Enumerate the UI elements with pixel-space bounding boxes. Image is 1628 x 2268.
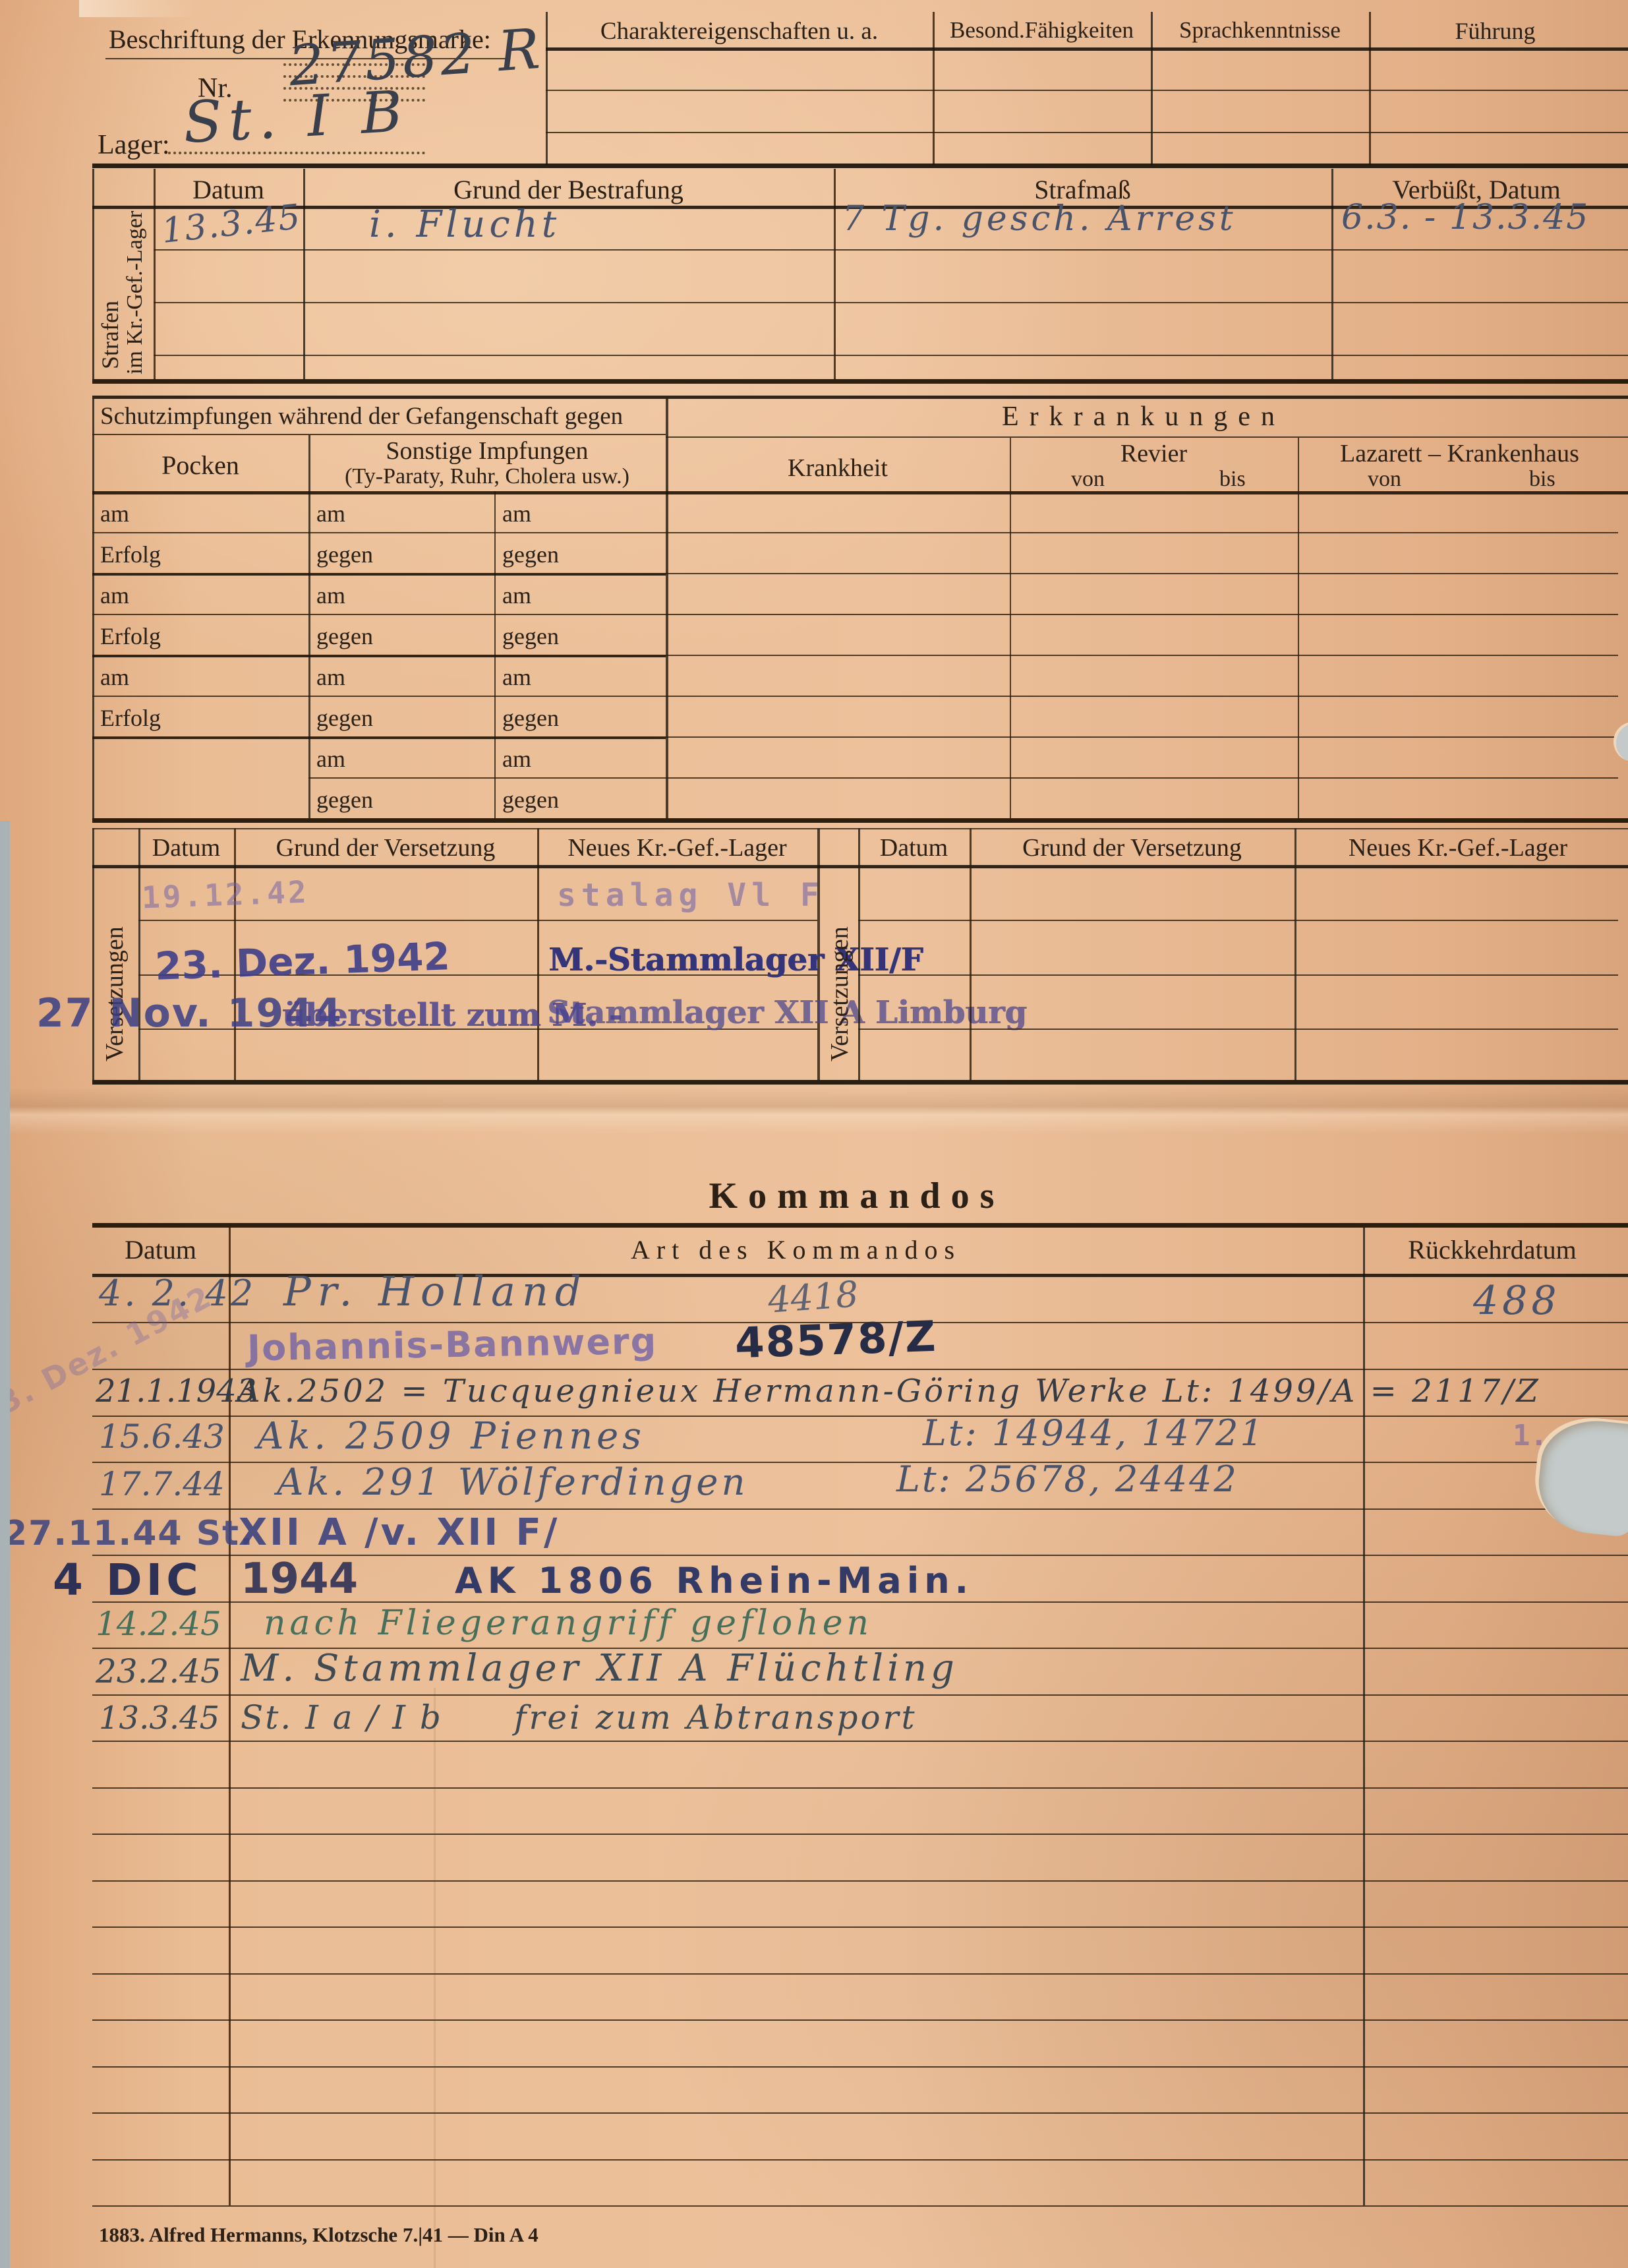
am-label: am: [316, 500, 345, 527]
h-art-des-kommandos: Art des Kommandos: [229, 1234, 1363, 1265]
strafe-mass: 7 Tg. gesch. Arrest: [842, 199, 1236, 239]
rule: [92, 736, 666, 739]
am-label: am: [502, 582, 531, 609]
rule: [666, 736, 1618, 738]
kommando-stamp: AK 1806 Rhein-Main.: [455, 1560, 974, 1601]
erkrankungen-title: Erkrankungen: [666, 401, 1621, 433]
rule: [92, 2205, 1628, 2207]
kommando-art: Pr. Holland: [283, 1267, 588, 1315]
kommando-art: frei zum Abtransport: [514, 1698, 917, 1737]
versetzung-datum-stamp: 19.12.42: [141, 874, 309, 916]
torn-nick: [1613, 722, 1628, 761]
impf-title: Schutzimpfungen während der Gefangenscha…: [100, 402, 623, 431]
h-rueckkehrdatum: Rückkehrdatum: [1363, 1234, 1621, 1265]
divider: [229, 1223, 231, 2205]
gegen-label: gegen: [502, 541, 559, 568]
kommando-art: St. I a / I b: [241, 1698, 443, 1737]
kommando-lt: Lt: 14944, 14721: [923, 1412, 1265, 1454]
rule: [666, 777, 1618, 779]
versetzung-lager-stamp: M.-Stammlager XII/F: [548, 941, 923, 978]
gegen-label: gegen: [316, 704, 373, 732]
lazarett-header: Lazarett – Krankenhaus: [1298, 439, 1621, 468]
am-label: am: [502, 663, 531, 691]
rule: [92, 1741, 1628, 1742]
corner-wrinkle: [79, 0, 198, 17]
rule: [666, 436, 1628, 438]
kommando-datum: 15.6.43: [99, 1417, 225, 1456]
gegen-label: gegen: [502, 786, 559, 814]
am-label: am: [100, 663, 129, 691]
kommando-art: Ak. 291 Wölferdingen: [277, 1461, 749, 1504]
gegen-label: gegen: [316, 541, 373, 568]
revier-header: Revier: [1010, 439, 1298, 468]
kommando-art: M. Stammlager XII A Flüchtling: [241, 1647, 958, 1690]
section-rule: [92, 379, 1628, 384]
strafe-verbuesst: 6.3. - 13.3.45: [1341, 198, 1589, 237]
col-faehigkeiten: Besond.Fähigkeiten: [933, 17, 1151, 44]
rule: [92, 434, 666, 435]
kommando-art: Ak.2502 = Tucquegnieux Hermann-Göring We…: [237, 1373, 1541, 1410]
erfolg-label: Erfolg: [100, 541, 161, 568]
rule: [92, 2019, 1628, 2021]
rule: [92, 1834, 1628, 1835]
kommando-datum: 17.7.44: [99, 1465, 225, 1503]
divider: [1363, 1223, 1365, 2205]
h-datum: Datum: [858, 833, 970, 862]
rule: [546, 90, 1628, 91]
border: [92, 169, 94, 379]
rule: [666, 614, 1618, 615]
divider: [970, 828, 972, 1080]
gegen-label: gegen: [316, 622, 373, 650]
versetzung-datum-stamp: 23. Dez. 1942: [154, 934, 451, 989]
h-datum: Datum: [92, 1234, 229, 1265]
rule: [154, 302, 1628, 303]
rule: [858, 974, 1618, 976]
am-label: am: [316, 745, 345, 773]
rule: [154, 249, 1628, 251]
rule: [92, 614, 666, 615]
am-label: am: [316, 663, 345, 691]
am-label: am: [316, 582, 345, 609]
kommando-nr-stamp: 48578/Z: [734, 1313, 938, 1369]
kommando-datum: 13.3.45: [99, 1700, 219, 1737]
rule: [666, 573, 1618, 574]
scanner-edge-strip: [0, 821, 10, 2268]
rule: [308, 777, 666, 779]
krankheit-header: Krankheit: [666, 454, 1010, 483]
kommando-art-nr: 4418: [767, 1273, 859, 1321]
fold-crease: [0, 1088, 1628, 1134]
rule: [92, 655, 666, 657]
rule: [92, 1223, 1628, 1228]
rule: [92, 828, 1628, 829]
rule: [666, 532, 1618, 533]
h-neues-lager: Neues Kr.-Gef.-Lager: [537, 833, 817, 862]
versetzung-lager-stamp: Stammlager XII A Limburg: [547, 994, 1027, 1031]
kommando-datum: 21.1.1943: [96, 1373, 256, 1410]
erfolg-label: Erfolg: [100, 704, 161, 732]
vertical-crease: [434, 1688, 436, 2268]
rule: [154, 355, 1628, 356]
rule: [92, 1508, 1628, 1510]
rule: [92, 696, 666, 697]
divider: [858, 828, 860, 1080]
kommando-stamp: 27.11.44 St.: [3, 1514, 254, 1553]
gegen-label: gegen: [502, 704, 559, 732]
kommando-art: nach Fliegerangriff geflohen: [264, 1603, 873, 1643]
section-rule: [92, 1080, 1628, 1085]
rule: [666, 655, 1618, 656]
h-grund-versetzung: Grund der Versetzung: [970, 833, 1294, 862]
am-label: am: [100, 500, 129, 527]
rule: [666, 696, 1618, 697]
h-grund-versetzung: Grund der Versetzung: [234, 833, 537, 862]
kommando-lt: Lt: 25678, 24442: [896, 1458, 1238, 1500]
rule: [546, 132, 1628, 133]
lager-value-handwriting: St. I B: [182, 78, 411, 156]
col-sprachkenntnisse: Sprachkenntnisse: [1151, 17, 1369, 44]
kommando-datum-stamp: 4 DIC: [53, 1555, 202, 1605]
col-charakter: Charaktereigenschaften u. a.: [546, 17, 933, 45]
versetzungen-side-label: Versetzungen: [825, 864, 854, 1061]
strafe-grund: i. Flucht: [369, 203, 560, 246]
pow-card-scan: Beschriftung der Erkennungsmarke: Nr. 27…: [0, 0, 1628, 2268]
am-label: am: [100, 582, 129, 609]
rule: [92, 573, 666, 576]
divider: [1010, 438, 1011, 818]
rule: [92, 1787, 1628, 1789]
am-label: am: [502, 500, 531, 527]
strafen-side-label-1: Strafen: [96, 198, 124, 369]
gegen-label: gegen: [502, 622, 559, 650]
kommando-art: Ak. 2509 Piennes: [257, 1415, 645, 1458]
rule: [92, 1880, 1628, 1882]
rule: [138, 920, 817, 921]
kommando-year-stamp: 1944: [241, 1555, 358, 1603]
sonstige-header-1: Sonstige Impfungen: [308, 436, 666, 465]
section-rule: [92, 164, 1628, 168]
sonstige-header-2: (Ty-Paraty, Ruhr, Cholera usw.): [308, 464, 666, 489]
section-rule: [92, 396, 1628, 399]
kommando-datum: 23.2.45: [96, 1652, 221, 1690]
kommando-datum: 14.2.45: [96, 1605, 221, 1643]
bis-label: bis: [1529, 467, 1555, 492]
lager-label: Lager:: [98, 129, 170, 161]
rueckkehr-value: 488: [1473, 1278, 1561, 1324]
h-neues-lager: Neues Kr.-Gef.-Lager: [1294, 833, 1621, 862]
rule: [546, 47, 1628, 51]
rule: [92, 1926, 1628, 1928]
rule: [92, 532, 666, 533]
printer-imprint: 1883. Alfred Hermanns, Klotzsche 7.|41 —…: [99, 2223, 538, 2247]
col-fuehrung: Führung: [1369, 17, 1621, 45]
kommando-stamp: XII A /v. XII F/: [239, 1511, 560, 1554]
von-label: von: [1071, 467, 1105, 492]
erfolg-label: Erfolg: [100, 622, 161, 650]
divider: [1294, 828, 1296, 1080]
rule: [92, 1973, 1628, 1975]
kommando-ort-stamp: Johannis-Bannwerg: [247, 1321, 657, 1369]
am-label: am: [502, 745, 531, 773]
pocken-header: Pocken: [92, 450, 308, 481]
rule: [92, 2066, 1628, 2068]
bis-label: bis: [1219, 467, 1246, 492]
versetzung-lager-stamp: stalag Vl F: [557, 877, 825, 914]
rule: [858, 920, 1618, 921]
section-rule: [92, 818, 1628, 823]
rule: [858, 1029, 1618, 1030]
rule: [92, 2112, 1628, 2114]
divider: [1298, 438, 1299, 818]
von-label: von: [1368, 467, 1401, 492]
h-datum: Datum: [138, 833, 234, 862]
h-grund-bestrafung: Grund der Bestrafung: [303, 174, 834, 205]
kommandos-title: Kommandos: [92, 1175, 1621, 1217]
rule: [92, 1369, 1628, 1370]
rule: [92, 1694, 1628, 1696]
gegen-label: gegen: [316, 786, 373, 814]
rule: [92, 2159, 1628, 2161]
rule: [92, 865, 1628, 868]
